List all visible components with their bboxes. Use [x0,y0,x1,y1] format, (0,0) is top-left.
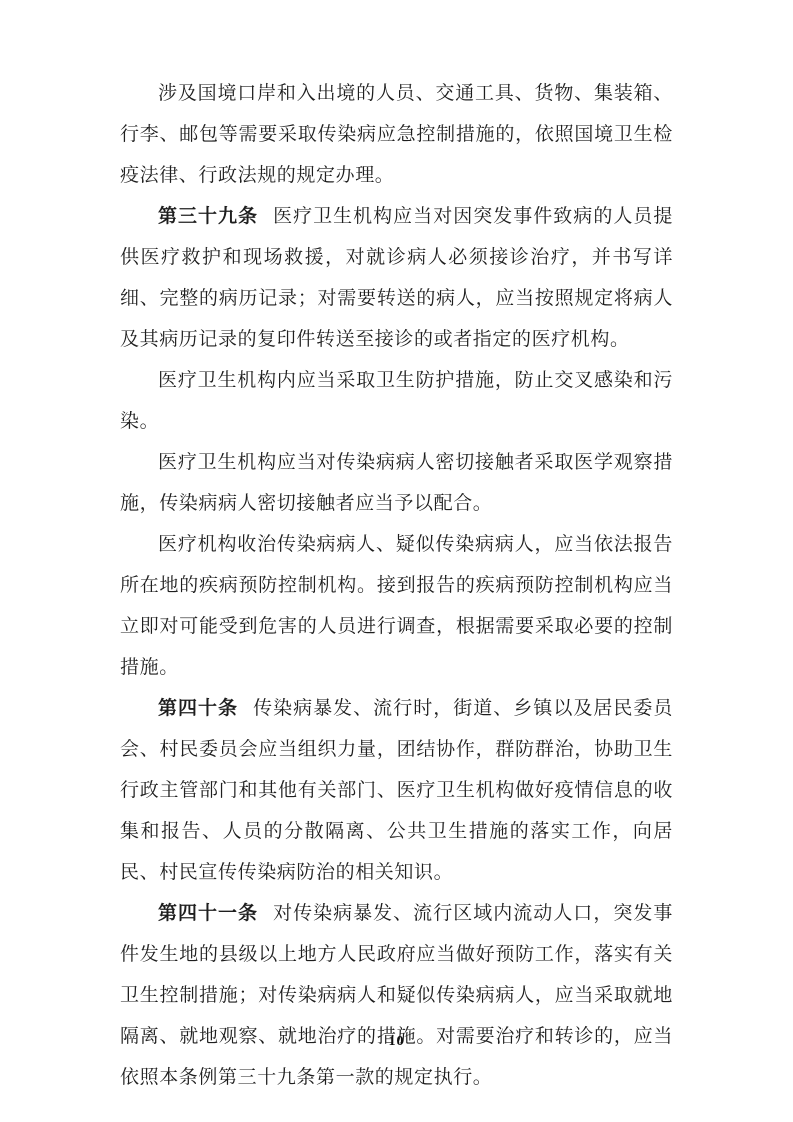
article-number: 第四十条 [158,698,238,719]
article-number: 第四十一条 [158,903,258,924]
paragraph: 第四十条传染病暴发、流行时，街道、乡镇以及居民委员会、村民委员会应当组织力量，团… [120,688,673,893]
document-page: 涉及国境口岸和入出境的人员、交通工具、货物、集装箱、行李、邮包等需要采取传染病应… [0,0,793,1122]
paragraph: 医疗机构收治传染病病人、疑似传染病病人，应当依法报告所在地的疾病预防控制机构。接… [120,524,673,688]
paragraph-text: 医疗机构收治传染病病人、疑似传染病病人，应当依法报告所在地的疾病预防控制机构。接… [120,534,673,678]
paragraph: 第三十九条医疗卫生机构应当对因突发事件致病的人员提供医疗救护和现场救援，对就诊病… [120,196,673,360]
paragraph: 涉及国境口岸和入出境的人员、交通工具、货物、集装箱、行李、邮包等需要采取传染病应… [120,73,673,196]
page-number: 10 [0,1034,793,1050]
paragraph: 医疗卫生机构内应当采取卫生防护措施，防止交叉感染和污染。 [120,360,673,442]
paragraph-text: 对传染病暴发、流行区域内流动人口，突发事件发生地的县级以上地方人民政府应当做好预… [120,903,673,1088]
paragraph-text: 传染病暴发、流行时，街道、乡镇以及居民委员会、村民委员会应当组织力量，团结协作，… [120,698,673,883]
paragraph-text: 医疗卫生机构内应当采取卫生防护措施，防止交叉感染和污染。 [120,370,673,432]
paragraph-text: 涉及国境口岸和入出境的人员、交通工具、货物、集装箱、行李、邮包等需要采取传染病应… [120,83,673,186]
document-body: 涉及国境口岸和入出境的人员、交通工具、货物、集装箱、行李、邮包等需要采取传染病应… [120,73,673,1098]
paragraph-text: 医疗卫生机构应当对因突发事件致病的人员提供医疗救护和现场救援，对就诊病人必须接诊… [120,206,673,350]
article-number: 第三十九条 [158,206,258,227]
paragraph: 第四十一条对传染病暴发、流行区域内流动人口，突发事件发生地的县级以上地方人民政府… [120,893,673,1098]
paragraph-text: 医疗卫生机构应当对传染病病人密切接触者采取医学观察措施，传染病病人密切接触者应当… [120,452,673,514]
paragraph: 医疗卫生机构应当对传染病病人密切接触者采取医学观察措施，传染病病人密切接触者应当… [120,442,673,524]
